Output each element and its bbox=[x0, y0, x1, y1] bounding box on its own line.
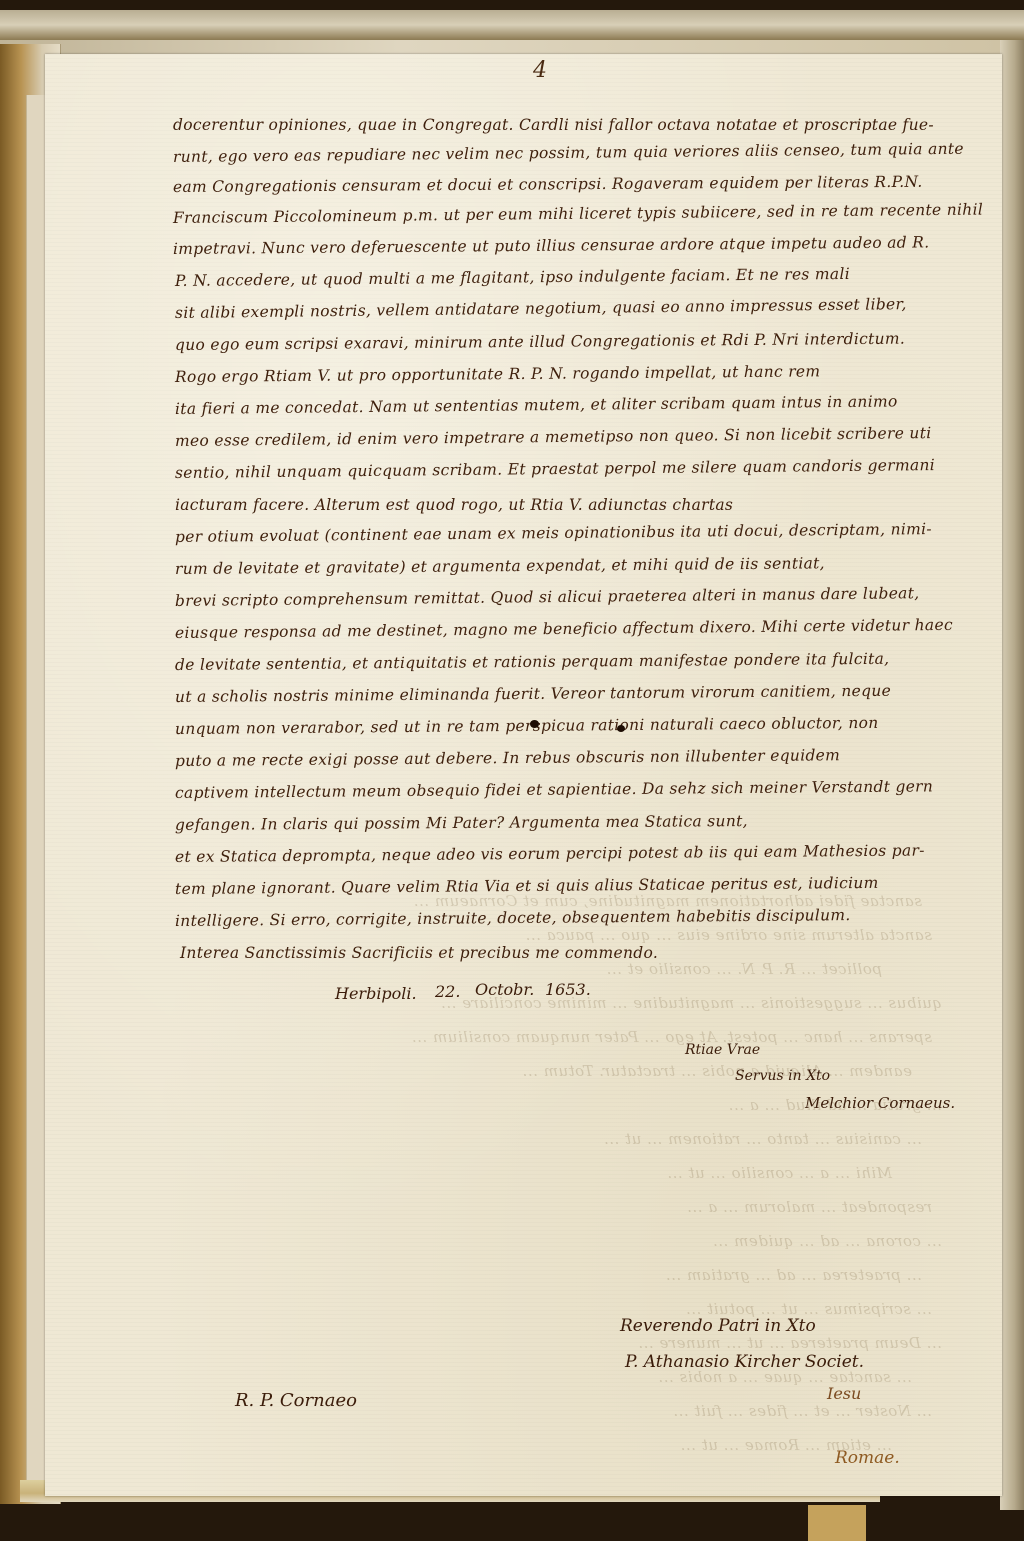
body-line: impetravi. Nunc vero deferuescente ut pu… bbox=[173, 233, 930, 258]
bleed-line: ... Noster ... et ... fides ... fuit ... bbox=[673, 1402, 932, 1420]
bleed-line: sperans ... hanc ... potest. At ego ... … bbox=[411, 1028, 932, 1046]
body-line: Interea Sanctissimis Sacrificiis et prec… bbox=[180, 944, 658, 962]
body-line: eam Congregationis censuram et docui et … bbox=[173, 173, 923, 196]
body-line: rum de levitate et gravitate) et argumen… bbox=[175, 554, 825, 578]
body-line: gefangen. In claris qui possim Mi Pater?… bbox=[175, 812, 748, 834]
bleed-line: ... praeterea ... ad ... gratiam ... bbox=[665, 1266, 922, 1284]
body-line: sit alibi exempli nostris, vellem antida… bbox=[175, 295, 907, 322]
body-line: runt, ego vero eas repudiare nec velim n… bbox=[173, 140, 964, 166]
dateline-year: 1653. bbox=[545, 980, 591, 999]
address-line-3: Iesu bbox=[827, 1384, 861, 1403]
body-line: P. N. accedere, ut quod multi a me flagi… bbox=[175, 265, 850, 290]
body-line: Rogo ergo Rtiam V. ut pro opportunitate … bbox=[175, 362, 821, 386]
body-line: iacturam facere. Alterum est quod rogo, … bbox=[175, 496, 733, 514]
dateline-day: 22. bbox=[435, 982, 460, 1001]
body-line: per otium evoluat (continent eae unam ex… bbox=[175, 520, 932, 546]
servus-line: Servus in Xto bbox=[735, 1068, 830, 1084]
ink-blot bbox=[530, 720, 539, 728]
bleed-line: pollicet ... R. P. N. ... consilio et ..… bbox=[606, 960, 882, 978]
page-number: 4 bbox=[533, 58, 547, 83]
body-line: ut a scholis nostris minime eliminanda f… bbox=[175, 682, 891, 706]
bleed-line: Mihi ... a ... consilio ... ut ... bbox=[667, 1164, 892, 1182]
body-line: sentio, nihil unquam quicquam scribam. E… bbox=[175, 456, 935, 482]
body-line: unquam non verarabor, sed ut in re tam p… bbox=[175, 714, 879, 738]
body-line: quo ego eum scripsi exaravi, minirum ant… bbox=[175, 330, 905, 354]
body-line: puto a me recte exigi posse aut debere. … bbox=[175, 746, 840, 770]
body-line: meo esse credilem, id enim vero impetrar… bbox=[175, 424, 932, 450]
bleed-line: ... canisius ... tanto ... rationem ... … bbox=[604, 1130, 922, 1148]
body-line: brevi scripto comprehensum remittat. Quo… bbox=[175, 584, 920, 610]
address-line-1: Reverendo Patri in Xto bbox=[620, 1316, 816, 1336]
body-line: intelligere. Si erro, corrigite, instrui… bbox=[175, 906, 851, 930]
body-line: ita fieri a me concedat. Nam ut sententi… bbox=[175, 392, 898, 418]
signer-name: Melchior Cornaeus. bbox=[805, 1094, 955, 1112]
support-block bbox=[808, 1505, 866, 1541]
body-line: docerentur opiniones, quae in Congregat.… bbox=[173, 116, 934, 134]
bleed-line: sancta alterum sine ordine eius ... quo … bbox=[525, 926, 932, 944]
docket-note: R. P. Cornaeo bbox=[235, 1390, 357, 1411]
dateline-month: Octobr. bbox=[475, 980, 534, 999]
backing-sheet-top-edge bbox=[0, 10, 1024, 40]
backing-sheet-right-edge bbox=[1000, 40, 1024, 1510]
body-line: de levitate sententia, et antiquitatis e… bbox=[175, 650, 890, 674]
bleed-line: ... corona ... ad ... quidem ... bbox=[713, 1232, 942, 1250]
bleed-line: eandem ... Aliquid a nobis ... tractatur… bbox=[522, 1062, 912, 1080]
body-line: Franciscum Piccolomineum p.m. ut per eum… bbox=[173, 201, 983, 227]
body-line: et ex Statica deprompta, neque adeo vis … bbox=[175, 841, 925, 866]
manuscript-scan: sanctae fidei adhortationem magnitudine,… bbox=[0, 0, 1024, 1541]
bleed-line: ... Deum praeterea ... ut ... munere ... bbox=[638, 1334, 942, 1352]
body-line: tem plane ignorant. Quare velim Rtia Via… bbox=[175, 874, 879, 898]
dateline-place: Herbipoli. bbox=[335, 984, 417, 1003]
address-line-2: P. Athanasio Kircher Societ. bbox=[625, 1352, 864, 1372]
bleed-line: respondeat ... malorum ... a ... bbox=[687, 1198, 932, 1216]
ink-blot bbox=[617, 725, 625, 732]
body-line: captivem intellectum meum obsequio fidei… bbox=[175, 777, 933, 802]
address-line-4: Romae. bbox=[835, 1448, 900, 1468]
body-line: eiusque responsa ad me destinet, magno m… bbox=[175, 616, 953, 642]
salutation: Rtiae Vrae bbox=[685, 1042, 760, 1058]
letter-sheet: sanctae fidei adhortationem magnitudine,… bbox=[45, 54, 1002, 1496]
